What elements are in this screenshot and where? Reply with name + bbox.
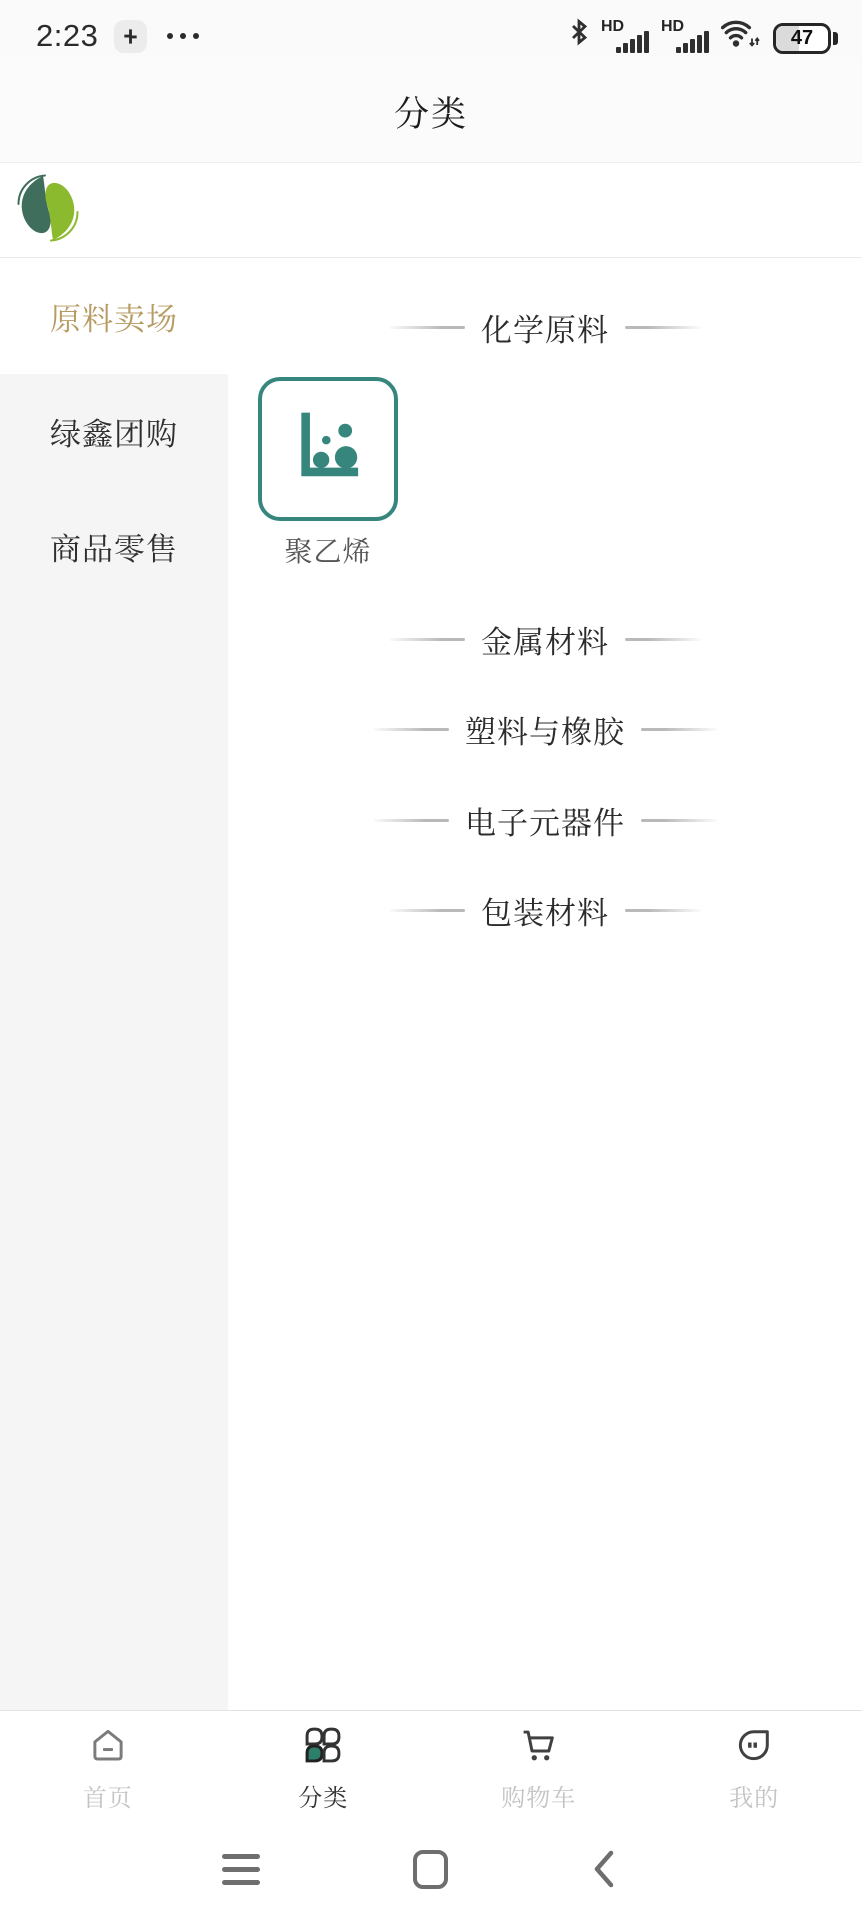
section-title: 金属材料 <box>481 617 609 662</box>
sidebar-item-label: 原料卖场 <box>50 294 178 339</box>
category-card <box>258 377 398 521</box>
battery-percent: 47 <box>791 27 813 50</box>
profile-icon <box>732 1724 776 1771</box>
wifi-icon <box>721 19 761 54</box>
tab-label: 分类 <box>298 1778 348 1813</box>
cell-signal-icon-2: HD <box>661 18 709 55</box>
category-item-label: 聚乙烯 <box>256 530 400 570</box>
tab-cart[interactable]: 购物车 <box>431 1711 647 1816</box>
category-sidebar: 原料卖场 绿鑫团购 商品零售 <box>0 259 228 1710</box>
cell-signal-icon-1: HD <box>601 18 649 55</box>
category-content: 原料卖场 绿鑫团购 商品零售 化学原料 <box>0 259 862 1710</box>
tab-label: 购物车 <box>501 1778 576 1813</box>
scatter-chart-icon <box>285 404 371 495</box>
category-item-polyethylene[interactable]: 聚乙烯 <box>256 377 400 570</box>
android-nav-bar <box>0 1816 862 1920</box>
clock: 2:23 <box>36 18 98 54</box>
tab-label: 首页 <box>83 1778 133 1813</box>
tab-label: 我的 <box>729 1778 779 1813</box>
bottom-tab-bar: 首页 分类 购物车 <box>0 1710 862 1816</box>
sidebar-item-raw-materials[interactable]: 原料卖场 <box>0 259 228 374</box>
tab-profile[interactable]: 我的 <box>647 1711 862 1816</box>
section-title: 电子元器件 <box>465 798 625 843</box>
section-header-chemical: 化学原料 <box>228 305 862 350</box>
app-screen: 2:23 HD <box>0 0 862 1920</box>
sidebar-item-label: 商品零售 <box>50 524 178 569</box>
sidebar-item-group-buy[interactable]: 绿鑫团购 <box>0 374 228 489</box>
page-title: 分类 <box>394 87 468 137</box>
sidebar-item-retail[interactable]: 商品零售 <box>0 489 228 604</box>
category-panel: 化学原料 聚乙烯 <box>228 259 862 1710</box>
section-header-plastic-rubber: 塑料与橡胶 <box>228 707 862 752</box>
home-icon <box>86 1724 130 1771</box>
back-chevron-icon[interactable] <box>592 1849 616 1894</box>
title-bar: 分类 <box>0 62 862 163</box>
tab-category[interactable]: 分类 <box>216 1711 432 1816</box>
section-title: 塑料与橡胶 <box>465 707 625 752</box>
category-grid-icon <box>301 1724 345 1771</box>
home-square-icon[interactable] <box>413 1850 448 1889</box>
cart-icon <box>517 1724 561 1771</box>
section-title: 包装材料 <box>481 888 609 933</box>
sidebar-item-label: 绿鑫团购 <box>50 409 178 454</box>
section-title: 化学原料 <box>481 305 609 350</box>
more-dots-icon <box>167 33 199 39</box>
bluetooth-icon <box>569 18 589 51</box>
tab-home[interactable]: 首页 <box>0 1711 216 1816</box>
green-leaf-swirl-logo <box>12 172 84 249</box>
sync-arrows-icon <box>114 20 147 53</box>
brand-row <box>0 164 862 258</box>
section-header-packaging: 包装材料 <box>228 888 862 933</box>
section-header-electronics: 电子元器件 <box>228 798 862 843</box>
recents-menu-icon[interactable] <box>222 1854 260 1885</box>
section-header-metal: 金属材料 <box>228 617 862 662</box>
status-bar: 2:23 HD <box>0 0 862 62</box>
battery-icon: 47 <box>773 23 838 54</box>
